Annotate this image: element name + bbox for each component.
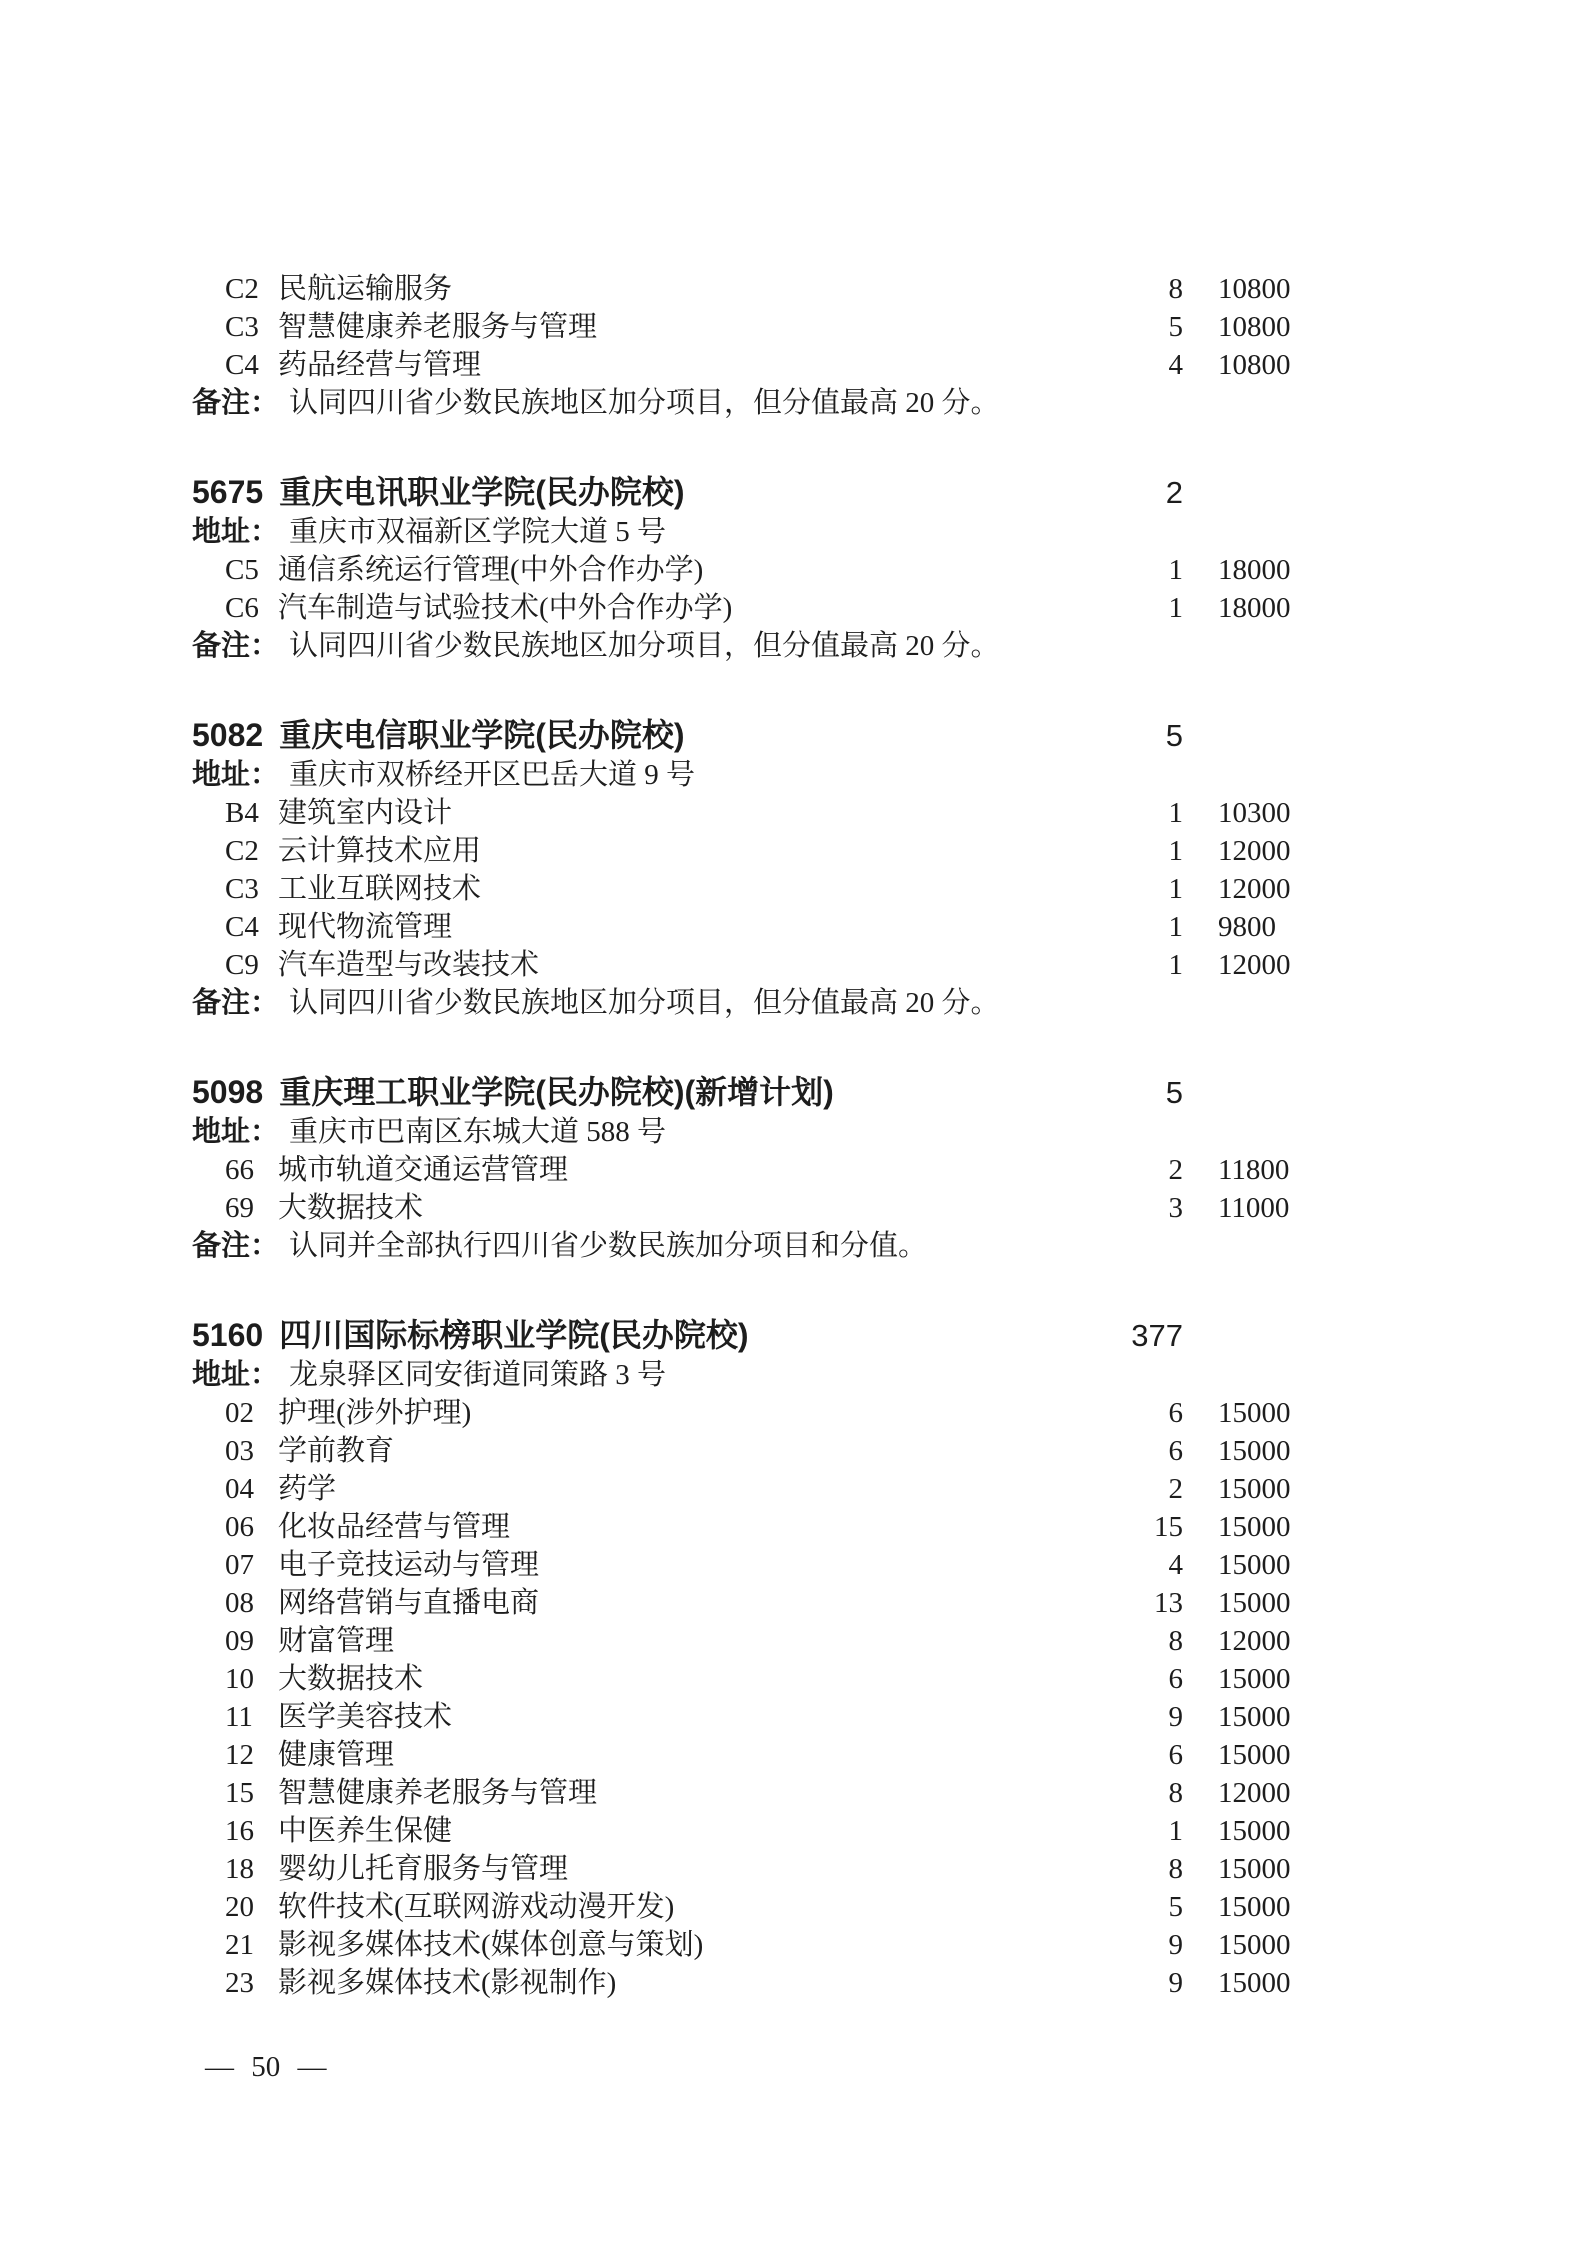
school-name: 四川国际标榜职业学院(民办院校) (279, 1315, 1113, 1355)
course-code: 11 (225, 1698, 278, 1736)
course-plan-count: 1 (1113, 946, 1183, 984)
course-tuition-fee: 11000 (1218, 1189, 1293, 1227)
course-code: C4 (225, 346, 278, 384)
remark-label: 备注： (192, 1227, 279, 1265)
course-code: 69 (225, 1189, 278, 1227)
course-row: C4现代物流管理19800 (192, 908, 1293, 946)
course-plan-count: 6 (1113, 1432, 1183, 1470)
course-code: C2 (225, 832, 278, 870)
remark-row: 备注：认同四川省少数民族地区加分项目，但分值最高 20 分。 (192, 984, 1293, 1022)
course-name: 影视多媒体技术(媒体创意与策划) (278, 1926, 1113, 1964)
course-tuition-fee: 10800 (1218, 308, 1293, 346)
course-tuition-fee: 15000 (1218, 1698, 1293, 1736)
course-name: 网络营销与直播电商 (278, 1584, 1113, 1622)
school-header: 5675重庆电讯职业学院(民办院校)2 (192, 472, 1293, 513)
course-plan-count: 8 (1113, 1622, 1183, 1660)
course-row: 18婴幼儿托育服务与管理815000 (192, 1850, 1293, 1888)
school-section: 5160四川国际标榜职业学院(民办院校)377地址：龙泉驿区同安街道同策路 3 … (192, 1315, 1293, 2002)
address-label: 地址： (192, 513, 279, 551)
course-tuition-fee: 15000 (1218, 1432, 1293, 1470)
course-row: 09财富管理812000 (192, 1622, 1293, 1660)
course-code: 06 (225, 1508, 278, 1546)
address-value: 重庆市双福新区学院大道 5 号 (289, 513, 666, 551)
course-name: 工业互联网技术 (278, 870, 1113, 908)
school-code: 5098 (192, 1072, 263, 1112)
address-label: 地址： (192, 756, 279, 794)
course-code: C5 (225, 551, 278, 589)
page-footer: — 50 — (205, 2048, 327, 2086)
course-name: 建筑室内设计 (278, 794, 1113, 832)
course-row: 06化妆品经营与管理1515000 (192, 1508, 1293, 1546)
remark-label: 备注： (192, 984, 279, 1022)
course-row: 04药学215000 (192, 1470, 1293, 1508)
course-plan-count: 2 (1113, 1151, 1183, 1189)
course-code: C3 (225, 308, 278, 346)
course-row: 08网络营销与直播电商1315000 (192, 1584, 1293, 1622)
course-name: 财富管理 (278, 1622, 1113, 1660)
course-tuition-fee: 18000 (1218, 589, 1293, 627)
course-tuition-fee: 15000 (1218, 1812, 1293, 1850)
course-tuition-fee: 12000 (1218, 1774, 1293, 1812)
course-tuition-fee: 12000 (1218, 1622, 1293, 1660)
school-section: 5675重庆电讯职业学院(民办院校)2地址：重庆市双福新区学院大道 5 号C5通… (192, 472, 1293, 665)
document-page: C2民航运输服务810800C3智慧健康养老服务与管理510800C4药品经营与… (0, 0, 1587, 2245)
course-name: 汽车制造与试验技术(中外合作办学) (278, 589, 1113, 627)
course-plan-count: 5 (1113, 1888, 1183, 1926)
remark-label: 备注： (192, 384, 279, 422)
school-section: C2民航运输服务810800C3智慧健康养老服务与管理510800C4药品经营与… (192, 270, 1293, 422)
course-row: 23影视多媒体技术(影视制作)915000 (192, 1964, 1293, 2002)
course-plan-count: 1 (1113, 908, 1183, 946)
course-plan-count: 1 (1113, 794, 1183, 832)
course-code: 23 (225, 1964, 278, 2002)
course-name: 婴幼儿托育服务与管理 (278, 1850, 1113, 1888)
remark-value: 认同四川省少数民族地区加分项目，但分值最高 20 分。 (289, 984, 1000, 1022)
course-plan-count: 1 (1113, 832, 1183, 870)
course-code: 09 (225, 1622, 278, 1660)
course-name: 药学 (278, 1470, 1113, 1508)
course-tuition-fee: 10800 (1218, 270, 1293, 308)
course-code: 66 (225, 1151, 278, 1189)
course-code: 04 (225, 1470, 278, 1508)
course-plan-count: 15 (1113, 1508, 1183, 1546)
course-name: 智慧健康养老服务与管理 (278, 1774, 1113, 1812)
school-section: 5098重庆理工职业学院(民办院校)(新增计划)5地址：重庆市巴南区东城大道 5… (192, 1072, 1293, 1265)
course-row: C3智慧健康养老服务与管理510800 (192, 308, 1293, 346)
school-code: 5160 (192, 1315, 263, 1355)
course-tuition-fee: 12000 (1218, 832, 1293, 870)
course-tuition-fee: 10800 (1218, 346, 1293, 384)
course-row: 15智慧健康养老服务与管理812000 (192, 1774, 1293, 1812)
course-row: B4建筑室内设计110300 (192, 794, 1293, 832)
course-name: 化妆品经营与管理 (278, 1508, 1113, 1546)
course-row: 20软件技术(互联网游戏动漫开发)515000 (192, 1888, 1293, 1926)
course-tuition-fee: 15000 (1218, 1964, 1293, 2002)
course-tuition-fee: 18000 (1218, 551, 1293, 589)
course-plan-count: 1 (1113, 1812, 1183, 1850)
course-tuition-fee: 10300 (1218, 794, 1293, 832)
course-row: 02护理(涉外护理)615000 (192, 1394, 1293, 1432)
course-row: 16中医养生保健115000 (192, 1812, 1293, 1850)
course-tuition-fee: 12000 (1218, 946, 1293, 984)
course-name: 中医养生保健 (278, 1812, 1113, 1850)
school-header: 5098重庆理工职业学院(民办院校)(新增计划)5 (192, 1072, 1293, 1113)
course-code: C9 (225, 946, 278, 984)
course-row: 66城市轨道交通运营管理211800 (192, 1151, 1293, 1189)
remark-row: 备注：认同并全部执行四川省少数民族加分项目和分值。 (192, 1227, 1293, 1265)
course-plan-count: 8 (1113, 1850, 1183, 1888)
course-plan-count: 8 (1113, 270, 1183, 308)
course-name: 软件技术(互联网游戏动漫开发) (278, 1888, 1113, 1926)
course-tuition-fee: 15000 (1218, 1394, 1293, 1432)
course-code: C3 (225, 870, 278, 908)
course-name: 药品经营与管理 (278, 346, 1113, 384)
course-code: 21 (225, 1926, 278, 1964)
course-row: 10大数据技术615000 (192, 1660, 1293, 1698)
remark-row: 备注：认同四川省少数民族地区加分项目，但分值最高 20 分。 (192, 384, 1293, 422)
remark-label: 备注： (192, 627, 279, 665)
course-plan-count: 5 (1113, 308, 1183, 346)
address-label: 地址： (192, 1356, 279, 1394)
course-name: 护理(涉外护理) (278, 1394, 1113, 1432)
course-plan-count: 6 (1113, 1736, 1183, 1774)
school-total-plan: 5 (1113, 716, 1183, 756)
school-section: 5082重庆电信职业学院(民办院校)5地址：重庆市双桥经开区巴岳大道 9 号B4… (192, 715, 1293, 1022)
school-total-plan: 377 (1113, 1316, 1183, 1356)
course-name: 影视多媒体技术(影视制作) (278, 1964, 1113, 2002)
course-code: 07 (225, 1546, 278, 1584)
course-plan-count: 6 (1113, 1394, 1183, 1432)
course-row: C2云计算技术应用112000 (192, 832, 1293, 870)
course-tuition-fee: 15000 (1218, 1470, 1293, 1508)
school-header: 5082重庆电信职业学院(民办院校)5 (192, 715, 1293, 756)
address-value: 龙泉驿区同安街道同策路 3 号 (289, 1356, 666, 1394)
course-tuition-fee: 15000 (1218, 1660, 1293, 1698)
course-name: 大数据技术 (278, 1189, 1113, 1227)
course-row: C6汽车制造与试验技术(中外合作办学)118000 (192, 589, 1293, 627)
course-plan-count: 3 (1113, 1189, 1183, 1227)
course-row: C4药品经营与管理410800 (192, 346, 1293, 384)
course-code: 12 (225, 1736, 278, 1774)
course-plan-count: 9 (1113, 1964, 1183, 2002)
address-row: 地址：重庆市巴南区东城大道 588 号 (192, 1113, 1293, 1151)
school-code: 5675 (192, 472, 263, 512)
school-header: 5160四川国际标榜职业学院(民办院校)377 (192, 1315, 1293, 1356)
course-row: 69大数据技术311000 (192, 1189, 1293, 1227)
course-tuition-fee: 9800 (1218, 908, 1293, 946)
course-code: C4 (225, 908, 278, 946)
course-code: 02 (225, 1394, 278, 1432)
address-value: 重庆市巴南区东城大道 588 号 (289, 1113, 666, 1151)
course-code: 10 (225, 1660, 278, 1698)
course-name: 民航运输服务 (278, 270, 1113, 308)
course-name: 医学美容技术 (278, 1698, 1113, 1736)
remark-value: 认同并全部执行四川省少数民族加分项目和分值。 (289, 1227, 927, 1265)
course-tuition-fee: 15000 (1218, 1888, 1293, 1926)
course-plan-count: 1 (1113, 870, 1183, 908)
course-tuition-fee: 15000 (1218, 1508, 1293, 1546)
course-tuition-fee: 15000 (1218, 1736, 1293, 1774)
course-row: 21影视多媒体技术(媒体创意与策划)915000 (192, 1926, 1293, 1964)
school-name: 重庆电信职业学院(民办院校) (279, 715, 1113, 755)
course-name: 健康管理 (278, 1736, 1113, 1774)
course-name: 大数据技术 (278, 1660, 1113, 1698)
course-plan-count: 4 (1113, 346, 1183, 384)
course-plan-count: 9 (1113, 1926, 1183, 1964)
course-row: 11医学美容技术915000 (192, 1698, 1293, 1736)
remark-row: 备注：认同四川省少数民族地区加分项目，但分值最高 20 分。 (192, 627, 1293, 665)
course-row: C5通信系统运行管理(中外合作办学)118000 (192, 551, 1293, 589)
course-code: 15 (225, 1774, 278, 1812)
course-tuition-fee: 15000 (1218, 1584, 1293, 1622)
course-tuition-fee: 15000 (1218, 1850, 1293, 1888)
course-code: 08 (225, 1584, 278, 1622)
course-plan-count: 4 (1113, 1546, 1183, 1584)
course-code: 20 (225, 1888, 278, 1926)
course-tuition-fee: 11800 (1218, 1151, 1293, 1189)
course-name: 汽车造型与改装技术 (278, 946, 1113, 984)
course-tuition-fee: 15000 (1218, 1546, 1293, 1584)
address-value: 重庆市双桥经开区巴岳大道 9 号 (289, 756, 695, 794)
remark-value: 认同四川省少数民族地区加分项目，但分值最高 20 分。 (289, 384, 1000, 422)
course-code: B4 (225, 794, 278, 832)
course-row: C9汽车造型与改装技术112000 (192, 946, 1293, 984)
course-name: 云计算技术应用 (278, 832, 1113, 870)
course-plan-count: 8 (1113, 1774, 1183, 1812)
school-name: 重庆理工职业学院(民办院校)(新增计划) (279, 1072, 1113, 1112)
course-name: 城市轨道交通运营管理 (278, 1151, 1113, 1189)
course-plan-count: 1 (1113, 551, 1183, 589)
course-code: C6 (225, 589, 278, 627)
school-total-plan: 2 (1113, 473, 1183, 513)
course-plan-count: 13 (1113, 1584, 1183, 1622)
address-label: 地址： (192, 1113, 279, 1151)
remark-value: 认同四川省少数民族地区加分项目，但分值最高 20 分。 (289, 627, 1000, 665)
course-tuition-fee: 15000 (1218, 1926, 1293, 1964)
course-name: 电子竞技运动与管理 (278, 1546, 1113, 1584)
course-code: 03 (225, 1432, 278, 1470)
school-total-plan: 5 (1113, 1073, 1183, 1113)
course-row: 07电子竞技运动与管理415000 (192, 1546, 1293, 1584)
course-name: 现代物流管理 (278, 908, 1113, 946)
course-row: C2民航运输服务810800 (192, 270, 1293, 308)
school-name: 重庆电讯职业学院(民办院校) (279, 472, 1113, 512)
course-code: 18 (225, 1850, 278, 1888)
course-name: 学前教育 (278, 1432, 1113, 1470)
address-row: 地址：龙泉驿区同安街道同策路 3 号 (192, 1356, 1293, 1394)
course-tuition-fee: 12000 (1218, 870, 1293, 908)
course-row: 12健康管理615000 (192, 1736, 1293, 1774)
course-plan-count: 6 (1113, 1660, 1183, 1698)
address-row: 地址：重庆市双福新区学院大道 5 号 (192, 513, 1293, 551)
course-name: 智慧健康养老服务与管理 (278, 308, 1113, 346)
course-plan-count: 1 (1113, 589, 1183, 627)
course-row: 03学前教育615000 (192, 1432, 1293, 1470)
school-code: 5082 (192, 715, 263, 755)
content: C2民航运输服务810800C3智慧健康养老服务与管理510800C4药品经营与… (192, 270, 1293, 2002)
course-name: 通信系统运行管理(中外合作办学) (278, 551, 1113, 589)
course-code: 16 (225, 1812, 278, 1850)
course-row: C3工业互联网技术112000 (192, 870, 1293, 908)
address-row: 地址：重庆市双桥经开区巴岳大道 9 号 (192, 756, 1293, 794)
course-code: C2 (225, 270, 278, 308)
course-plan-count: 2 (1113, 1470, 1183, 1508)
course-plan-count: 9 (1113, 1698, 1183, 1736)
